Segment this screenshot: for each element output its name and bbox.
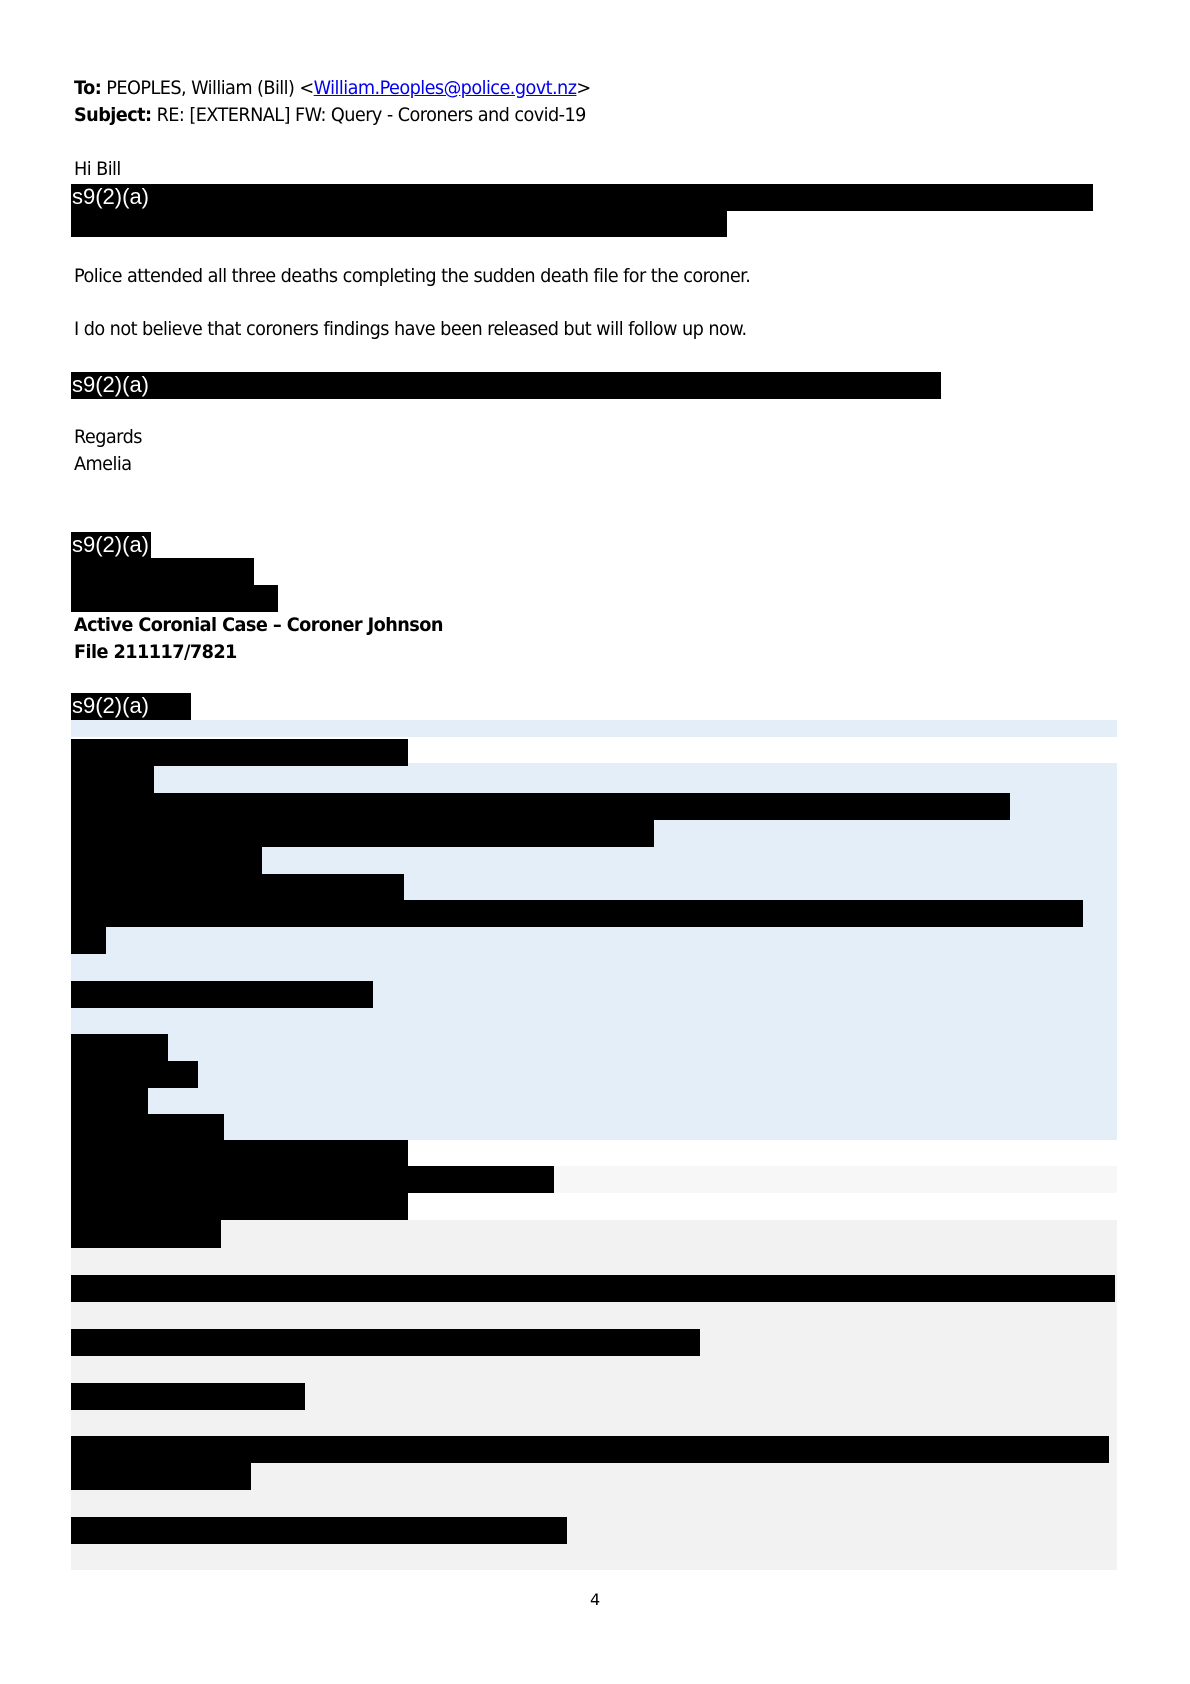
redaction-block: s9(2)(a) [71, 184, 1093, 211]
redaction-code: s9(2)(a) [72, 185, 149, 209]
redaction-block [71, 739, 408, 766]
redaction-block [71, 847, 262, 874]
to-recipient: PEOPLES, William (Bill) < [101, 77, 313, 99]
redaction-block [71, 900, 1083, 927]
redaction-block [71, 1275, 1115, 1302]
to-line: To: PEOPLES, William (Bill) <William.Peo… [74, 76, 591, 100]
redaction-block [71, 820, 654, 847]
redaction-block [71, 1088, 148, 1115]
redaction-block: s9(2)(a) [71, 372, 941, 399]
redaction-block [71, 1140, 408, 1167]
closing: Regards [74, 425, 142, 449]
redaction-block [71, 766, 154, 793]
recipient-email-link[interactable]: William.Peoples@police.govt.nz [314, 77, 577, 99]
redaction-block [71, 1517, 567, 1544]
redaction-block: s9(2)(a) [71, 532, 151, 559]
redaction-block [71, 874, 404, 901]
redaction-block: s9(2)(a) [71, 693, 191, 720]
redaction-block [71, 927, 106, 954]
subject-value: RE: [EXTERNAL] FW: Query - Coroners and … [152, 104, 586, 126]
redaction-block [71, 1034, 168, 1061]
redaction-block [71, 585, 278, 612]
redaction-code: s9(2)(a) [72, 373, 149, 397]
signature-name: Amelia [74, 452, 131, 476]
case-title: Active Coronial Case – Coroner Johnson [74, 613, 443, 637]
redaction-block [71, 1061, 198, 1088]
redaction-block [71, 793, 1010, 820]
redaction-block [71, 210, 727, 237]
subject-label: Subject: [74, 104, 152, 126]
redaction-code: s9(2)(a) [72, 533, 149, 557]
greeting: Hi Bill [74, 157, 121, 181]
redaction-block [71, 1114, 224, 1141]
redaction-block [71, 1193, 408, 1220]
redaction-block [71, 1329, 700, 1356]
redaction-block [71, 1463, 251, 1490]
paragraph-police-attended: Police attended all three deaths complet… [74, 264, 750, 288]
redaction-code: s9(2)(a) [72, 694, 149, 718]
file-reference: File 211117/7821 [74, 640, 237, 664]
redaction-block [71, 1166, 554, 1193]
redaction-block [71, 1383, 305, 1410]
redaction-block [71, 558, 254, 585]
to-close-bracket: > [576, 77, 590, 99]
page-number: 4 [590, 1590, 600, 1609]
to-label: To: [74, 77, 101, 99]
redaction-block [71, 1220, 221, 1248]
redaction-block [71, 981, 373, 1008]
paragraph-findings: I do not believe that coroners findings … [74, 317, 747, 341]
subject-line: Subject: RE: [EXTERNAL] FW: Query - Coro… [74, 103, 586, 127]
highlight-region [71, 720, 1117, 737]
redaction-block [71, 1436, 1109, 1463]
